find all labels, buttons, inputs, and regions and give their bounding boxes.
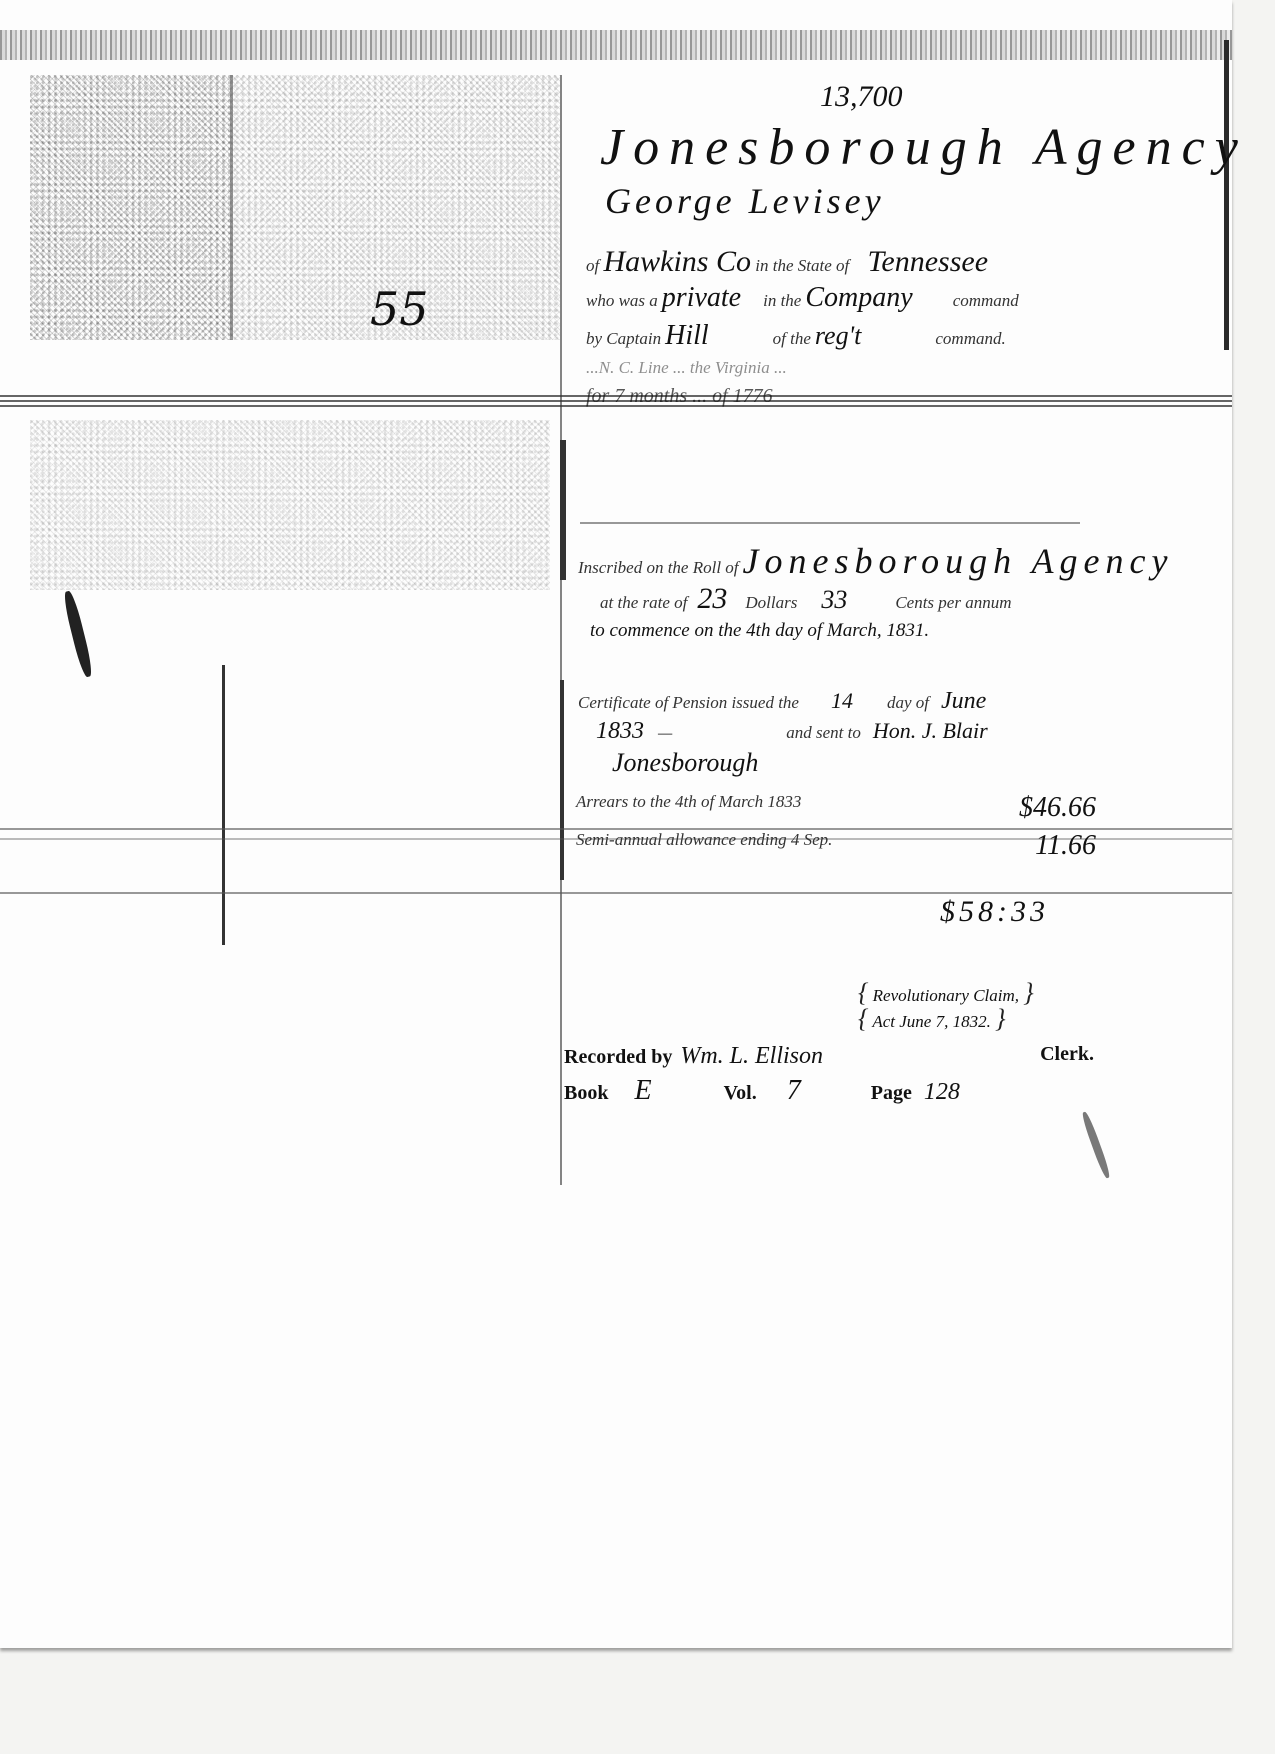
column-rule <box>560 680 564 880</box>
label-command: command <box>953 291 1019 310</box>
certificate-line-2: 1833 — and sent to Hon. J. Blair <box>596 718 988 745</box>
regiment: reg't <box>815 321 861 350</box>
top-number: 13,700 <box>820 80 903 114</box>
service-line-1: of Hawkins Co in the State of Tennessee <box>586 245 988 279</box>
agency-title: Jonesborough Agency <box>600 118 1248 177</box>
photocopy-noise-block <box>30 75 230 340</box>
rank: private <box>662 282 741 313</box>
payment-label: Arrears to the 4th of March 1833 <box>576 792 801 811</box>
photocopy-noise-block <box>30 420 550 590</box>
rate-cents: 33 <box>821 585 847 614</box>
payment-row: Arrears to the 4th of March 1833 $46.66 <box>576 792 1096 812</box>
book-value: E <box>634 1075 651 1106</box>
service-line-3: by Captain Hill of the reg't command. <box>586 320 1006 352</box>
label-cents-per-annum: Cents per annum <box>895 593 1011 612</box>
label-who-was: who was a <box>586 291 658 310</box>
payment-label: Semi-annual allowance ending 4 Sep. <box>576 830 832 849</box>
clerk-label: Clerk. <box>1040 1043 1094 1066</box>
county: Hawkins Co <box>603 245 751 278</box>
certificate-line-3: Jonesborough <box>612 748 758 778</box>
page-value: 128 <box>924 1079 960 1105</box>
marginal-number: 55 <box>370 282 429 336</box>
recorded-by-signature: Wm. L. Ellison <box>680 1043 823 1069</box>
column-rule <box>230 75 233 340</box>
label-command: command. <box>935 329 1005 348</box>
recorded-by-row: Recorded by Wm. L. Ellison Clerk. <box>564 1043 1094 1070</box>
column-rule <box>560 75 562 1185</box>
scan-top-noise <box>0 30 1232 60</box>
label-in-the: in the <box>763 291 801 310</box>
vol-label: Vol. <box>724 1082 757 1104</box>
book-label: Book <box>564 1082 608 1104</box>
enrollment-line-2: at the rate of 23 Dollars 33 Cents per a… <box>600 582 1012 616</box>
ink-smudge <box>62 590 95 678</box>
page-label: Page <box>871 1082 912 1104</box>
label-inscribed: Inscribed on the Roll of <box>578 558 739 577</box>
document-sheet: 55 13,700 Jonesborough Agency George Lev… <box>0 0 1232 1648</box>
recorded-by-label: Recorded by <box>564 1046 672 1068</box>
act-line-2: Act June 7, 1832. <box>872 1012 991 1031</box>
service-line-4: ...N. C. Line ... the Virginia ... <box>586 358 787 378</box>
service-line-2: who was a private in the Company command <box>586 282 1019 314</box>
ruled-line <box>0 892 1232 894</box>
label-rate: at the rate of <box>600 593 687 612</box>
enrollment-line-1: Inscribed on the Roll of Jonesborough Ag… <box>578 540 1173 582</box>
certificate-day: 14 <box>831 688 853 713</box>
column-rule <box>222 665 225 945</box>
label-day-of: day of <box>887 693 929 712</box>
label-certificate: Certificate of Pension issued the <box>578 693 799 712</box>
label-sent-to: and sent to <box>786 723 861 742</box>
ruled-line <box>580 522 1080 524</box>
roll-name: Jonesborough Agency <box>743 541 1174 581</box>
label-of: of <box>586 256 599 275</box>
certificate-line-1: Certificate of Pension issued the 14 day… <box>578 688 986 715</box>
act-reference: { Act June 7, 1832. } <box>858 1004 1006 1034</box>
payment-amount: 11.66 <box>1035 830 1096 862</box>
book-row: Book E Vol. 7 Page 128 <box>564 1075 960 1107</box>
payment-amount: $46.66 <box>1019 792 1096 824</box>
enrollment-line-3: to commence on the 4th day of March, 183… <box>590 620 929 642</box>
state: Tennessee <box>867 245 988 278</box>
payment-total: $58:33 <box>940 895 1049 929</box>
column-rule <box>560 440 566 580</box>
page-edge-shadow <box>1224 40 1229 350</box>
label-by-captain: by Captain <box>586 329 661 348</box>
certificate-recipient: Hon. J. Blair <box>873 718 988 743</box>
rate-dollars: 23 <box>697 582 727 615</box>
act-line-1: Revolutionary Claim, <box>873 986 1019 1005</box>
ink-smudge <box>1080 1111 1111 1180</box>
vol-value: 7 <box>787 1075 801 1106</box>
payment-row: Semi-annual allowance ending 4 Sep. 11.6… <box>576 830 1096 850</box>
certificate-month: June <box>941 688 986 714</box>
label-of-the: of the <box>773 329 811 348</box>
pensioner-name: George Levisey <box>605 180 885 222</box>
unit: Company <box>805 282 912 313</box>
label-dollars: Dollars <box>745 593 797 612</box>
service-line-5: for 7 months ... of 1776 <box>586 385 773 408</box>
captain: Hill <box>665 320 709 351</box>
certificate-year: 1833 <box>596 718 644 744</box>
label-in-state: in the State of <box>755 256 849 275</box>
